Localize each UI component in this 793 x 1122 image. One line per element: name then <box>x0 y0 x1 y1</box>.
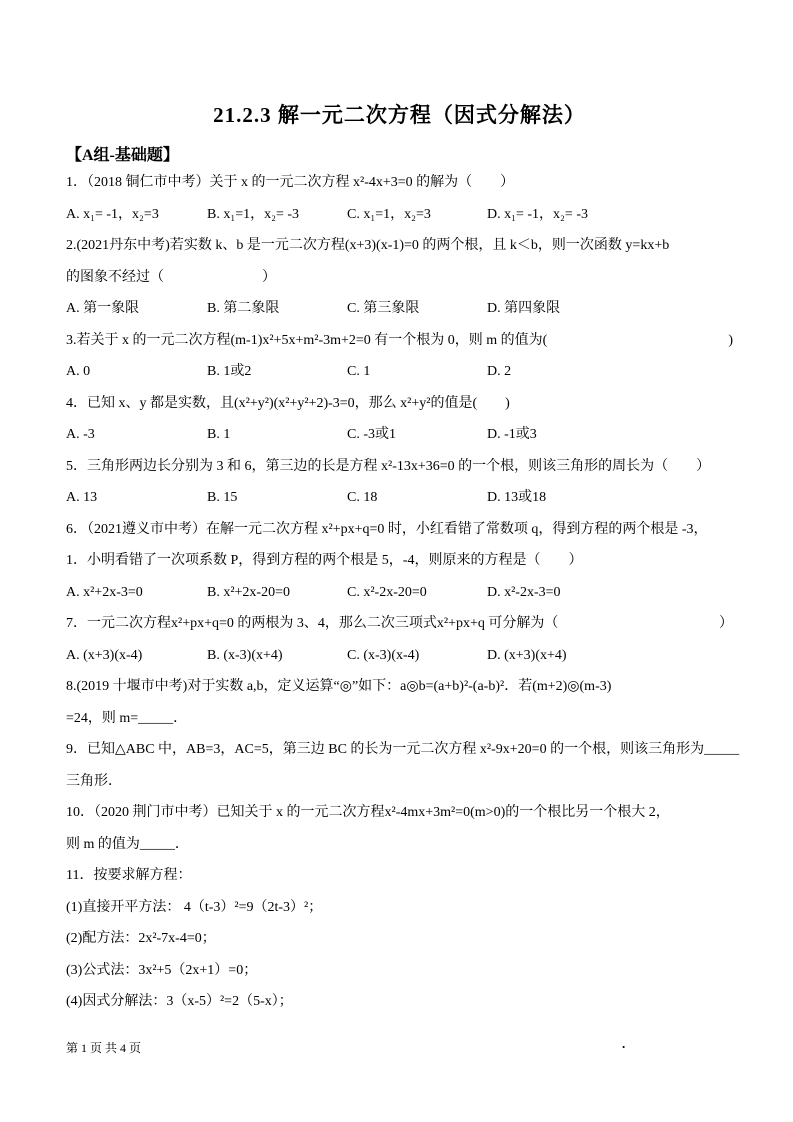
question-6-option-b: B. x²+2x-20=0 <box>207 577 347 609</box>
question-3-option-a: A. 0 <box>66 356 207 388</box>
question-5-text: 5．三角形两边长分别为 3 和 6，第三边的长是方程 x²-13x+36=0 的… <box>66 451 733 483</box>
question-6-text-line-2: 1．小明看错了一次项系数 P，得到方程的两个根是 5，-4，则原来的方程是（ ） <box>66 545 733 577</box>
stray-period-mark: . <box>622 1034 625 1054</box>
question-4-option-d: D. -1或3 <box>487 419 733 451</box>
section-header-group-a: 【A组-基础题】 <box>66 144 733 167</box>
question-4-text: 4．已知 x、y 都是实数，且(x²+y²)(x²+y²+2)-3=0，那么 x… <box>66 388 733 420</box>
question-10-text-line-1: 10．（2020 荆门市中考）已知关于 x 的一元二次方程x²-4mx+3m²=… <box>66 797 733 829</box>
question-11-part-4: (4)因式分解法：3（x-5）²=2（5-x）； <box>66 986 733 1018</box>
question-2-option-c: C. 第三象限 <box>347 293 487 325</box>
question-7-text: 7．一元二次方程x²+px+q=0 的两根为 3、4，那么二次三项式x²+px+… <box>66 608 733 640</box>
question-5-option-a: A. 13 <box>66 482 207 514</box>
question-6-options: A. x²+2x-3=0 B. x²+2x-20=0 C. x²-2x-20=0… <box>66 577 733 609</box>
question-7-option-b: B. (x-3)(x+4) <box>207 640 347 672</box>
question-6-option-d: D. x²-2x-3=0 <box>487 577 733 609</box>
question-2-text-line-1: 2.(2021丹东中考)若实数 k、b 是一元二次方程(x+3)(x-1)=0 … <box>66 230 733 262</box>
question-2-option-d: D. 第四象限 <box>487 293 733 325</box>
question-11-part-1: (1)直接开平方法： 4（t-3）²=9（2t-3）²； <box>66 892 733 924</box>
question-1-option-c: C. x₁=1，x₂=3 <box>347 199 487 231</box>
question-5-option-d: D. 13或18 <box>487 482 733 514</box>
question-2-option-a: A. 第一象限 <box>66 293 207 325</box>
question-7-close-paren: ） <box>719 608 733 640</box>
question-8-text-line-2: =24，则 m=_____． <box>66 703 733 735</box>
question-11-part-2: (2)配方法：2x²-7x-4=0； <box>66 923 733 955</box>
question-4-option-a: A. -3 <box>66 419 207 451</box>
question-4-option-b: B. 1 <box>207 419 347 451</box>
question-2-options: A. 第一象限 B. 第二象限 C. 第三象限 D. 第四象限 <box>66 293 733 325</box>
question-3-text: 3.若关于 x 的一元二次方程(m-1)x²+5x+m²-3m+2=0 有一个根… <box>66 325 733 357</box>
footer-page-number: 第 1 页 共 4 页 <box>66 1038 141 1058</box>
question-3-option-d: D. 2 <box>487 356 733 388</box>
question-5-option-c: C. 18 <box>347 482 487 514</box>
question-7-text-left: 7．一元二次方程x²+px+q=0 的两根为 3、4，那么二次三项式x²+px+… <box>66 608 558 640</box>
question-4-options: A. -3 B. 1 C. -3或1 D. -1或3 <box>66 419 733 451</box>
question-6-text-line-1: 6．（2021遵义市中考）在解一元二次方程 x²+px+q=0 时，小红看错了常… <box>66 514 733 546</box>
question-10-text-line-2: 则 m 的值为_____． <box>66 829 733 861</box>
question-3-text-left: 3.若关于 x 的一元二次方程(m-1)x²+5x+m²-3m+2=0 有一个根… <box>66 325 547 357</box>
question-7-option-a: A. (x+3)(x-4) <box>66 640 207 672</box>
question-4-option-c: C. -3或1 <box>347 419 487 451</box>
question-1-option-a: A. x₁= -1，x₂=3 <box>66 199 207 231</box>
question-11-text: 11．按要求解方程： <box>66 860 733 892</box>
question-11-part-3: (3)公式法：3x²+5（2x+1）=0； <box>66 955 733 987</box>
page-content: 21.2.3 解一元二次方程（因式分解法） 【A组-基础题】 1．（2018 铜… <box>0 100 793 1018</box>
question-7-option-d: D. (x+3)(x+4) <box>487 640 733 672</box>
question-7-option-c: C. (x-3)(x-4) <box>347 640 487 672</box>
question-5-options: A. 13 B. 15 C. 18 D. 13或18 <box>66 482 733 514</box>
question-6-option-c: C. x²-2x-20=0 <box>347 577 487 609</box>
question-7-options: A. (x+3)(x-4) B. (x-3)(x+4) C. (x-3)(x-4… <box>66 640 733 672</box>
question-3-close-paren: ) <box>728 325 733 357</box>
question-3-options: A. 0 B. 1或2 C. 1 D. 2 <box>66 356 733 388</box>
question-6-option-a: A. x²+2x-3=0 <box>66 577 207 609</box>
question-3-option-b: B. 1或2 <box>207 356 347 388</box>
question-1-option-b: B. x₁=1，x₂= -3 <box>207 199 347 231</box>
question-1-options: A. x₁= -1，x₂=3 B. x₁=1，x₂= -3 C. x₁=1，x₂… <box>66 199 733 231</box>
question-1-option-d: D. x₁= -1，x₂= -3 <box>487 199 733 231</box>
question-9-text-line-2: 三角形． <box>66 766 733 798</box>
question-9-text-line-1: 9．已知△ABC 中，AB=3，AC=5，第三边 BC 的长为一元二次方程 x²… <box>66 734 733 766</box>
question-3-option-c: C. 1 <box>347 356 487 388</box>
page-title: 21.2.3 解一元二次方程（因式分解法） <box>66 100 733 130</box>
question-1-text: 1．（2018 铜仁市中考）关于 x 的一元二次方程 x²-4x+3=0 的解为… <box>66 167 733 199</box>
question-5-option-b: B. 15 <box>207 482 347 514</box>
question-2-option-b: B. 第二象限 <box>207 293 347 325</box>
worksheet-page: 21.2.3 解一元二次方程（因式分解法） 【A组-基础题】 1．（2018 铜… <box>0 0 793 1122</box>
question-8-text-line-1: 8.(2019 十堰市中考)对于实数 a,b，定义运算“◎”如下：a◎b=(a+… <box>66 671 733 703</box>
question-2-text-line-2: 的图象不经过（ ） <box>66 262 733 294</box>
